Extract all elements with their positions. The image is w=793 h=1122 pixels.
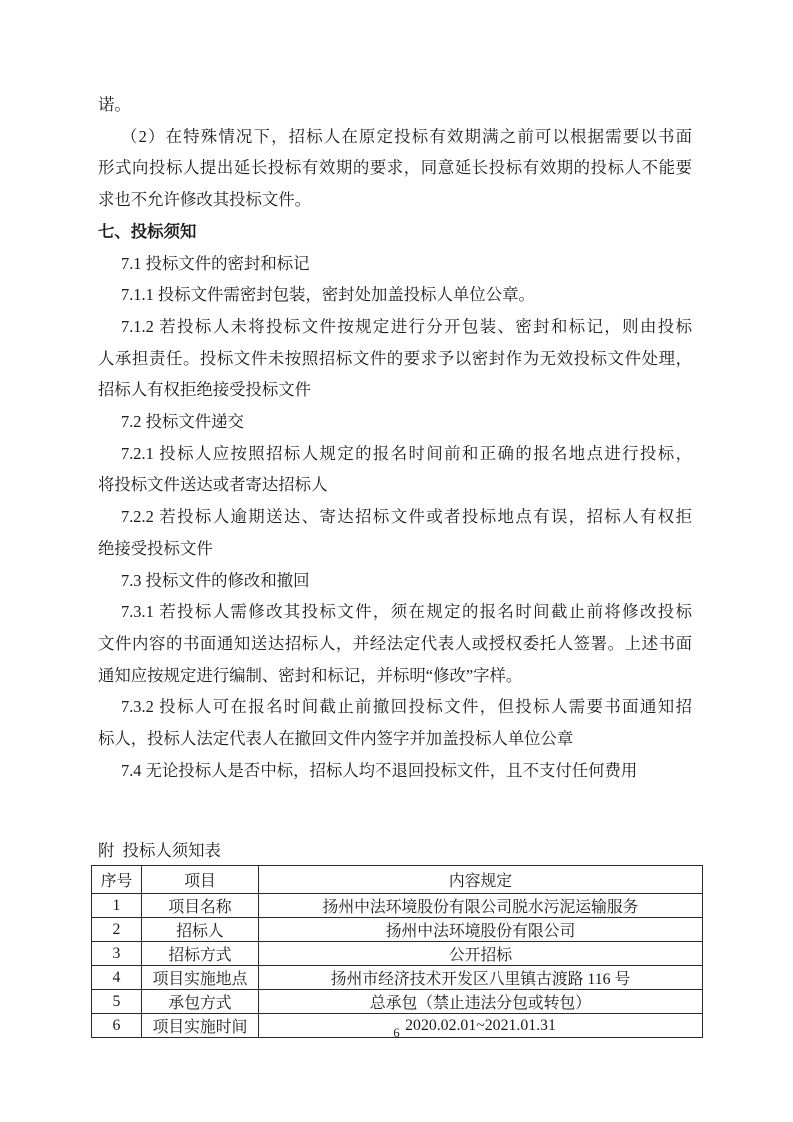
table-cell: 5	[92, 990, 142, 1014]
body-line: 7.3.1 若投标人需修改其投标文件，须在规定的报名时间截止前将修改投标	[98, 596, 692, 628]
document-page: 诺。 （2）在特殊情况下，招标人在原定投标有效期满之前可以根据需要以书面 形式向…	[0, 0, 793, 1122]
table-cell: 扬州市经济技术开发区八里镇古渡路 116 号	[259, 966, 703, 990]
body-line: （2）在特殊情况下，招标人在原定投标有效期满之前可以根据需要以书面	[98, 121, 692, 153]
table-cell: 招标方式	[142, 942, 259, 966]
body-line: 7.1 投标文件的密封和标记	[98, 248, 692, 280]
body-line: 7.2.1 投标人应按照招标人规定的报名时间前和正确的报名地点进行投标，	[98, 438, 692, 470]
table-cell: 项目名称	[142, 894, 259, 918]
table-header-cell: 序号	[92, 866, 142, 894]
table-header-cell: 内容规定	[259, 866, 703, 894]
body-line: 诺。	[98, 89, 692, 121]
table-row: 1 项目名称 扬州中法环境股份有限公司脱水污泥运输服务	[92, 894, 703, 918]
attachment-table-title: 附 投标人须知表	[98, 841, 221, 861]
table-header-row: 序号 项目 内容规定	[92, 866, 703, 894]
body-line: 人承担责任。投标文件未按照招标文件的要求予以密封作为无效投标文件处理，	[98, 343, 692, 375]
page-number: 6	[0, 1026, 793, 1041]
body-line: 招标人有权拒绝接受投标文件	[98, 374, 692, 406]
table-cell: 项目实施地点	[142, 966, 259, 990]
body-line: 7.1.2 若投标人未将投标文件按规定进行分开包装、密封和标记，则由投标	[98, 311, 692, 343]
table-row: 3 招标方式 公开招标	[92, 942, 703, 966]
body-line: 求也不允许修改其投标文件。	[98, 184, 692, 216]
table-cell: 扬州中法环境股份有限公司脱水污泥运输服务	[259, 894, 703, 918]
table-cell: 扬州中法环境股份有限公司	[259, 918, 703, 942]
table-row: 2 招标人 扬州中法环境股份有限公司	[92, 918, 703, 942]
table-cell: 1	[92, 894, 142, 918]
body-line: 7.3.2 投标人可在报名时间截止前撤回投标文件，但投标人需要书面通知招	[98, 691, 692, 723]
table-cell: 总承包（禁止违法分包或转包）	[259, 990, 703, 1014]
table-row: 4 项目实施地点 扬州市经济技术开发区八里镇古渡路 116 号	[92, 966, 703, 990]
body-line: 绝接受投标文件	[98, 533, 692, 565]
body-text: 诺。 （2）在特殊情况下，招标人在原定投标有效期满之前可以根据需要以书面 形式向…	[98, 89, 692, 786]
body-line: 7.4 无论投标人是否中标，招标人均不退回投标文件，且不支付任何费用	[98, 755, 692, 787]
table-cell: 招标人	[142, 918, 259, 942]
body-line: 将投标文件送达或者寄达招标人	[98, 469, 692, 501]
table-cell: 3	[92, 942, 142, 966]
body-line: 7.1.1 投标文件需密封包装，密封处加盖投标人单位公章。	[98, 279, 692, 311]
table-cell: 2	[92, 918, 142, 942]
body-line: 标人，投标人法定代表人在撤回文件内签字并加盖投标人单位公章	[98, 723, 692, 755]
body-line: 7.3 投标文件的修改和撤回	[98, 565, 692, 597]
body-line: 7.2 投标文件递交	[98, 406, 692, 438]
table-cell: 4	[92, 966, 142, 990]
body-line: 通知应按规定进行编制、密封和标记，并标明“修改”字样。	[98, 660, 692, 692]
table-cell: 承包方式	[142, 990, 259, 1014]
table-row: 5 承包方式 总承包（禁止违法分包或转包）	[92, 990, 703, 1014]
section-heading: 七、投标须知	[98, 216, 692, 248]
notice-table: 序号 项目 内容规定 1 项目名称 扬州中法环境股份有限公司脱水污泥运输服务 2…	[91, 865, 703, 1038]
body-line: 7.2.2 若投标人逾期送达、寄达招标文件或者投标地点有误，招标人有权拒	[98, 501, 692, 533]
table-header-cell: 项目	[142, 866, 259, 894]
body-line: 文件内容的书面通知送达招标人，并经法定代表人或授权委托人签署。上述书面	[98, 628, 692, 660]
table-cell: 公开招标	[259, 942, 703, 966]
body-line: 形式向投标人提出延长投标有效期的要求，同意延长投标有效期的投标人不能要	[98, 152, 692, 184]
